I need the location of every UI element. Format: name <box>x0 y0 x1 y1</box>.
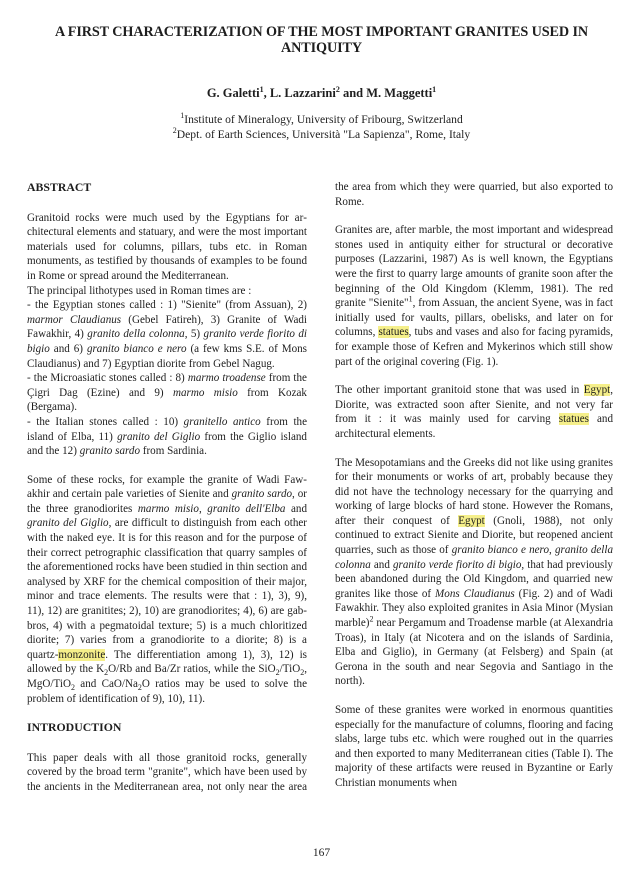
italic-term: granito dell'Elba <box>207 503 285 515</box>
paper-title: A FIRST CHARACTERIZATION OF THE MOST IMP… <box>20 24 623 56</box>
affiliation-text: Institute of Mineralogy, University of F… <box>184 113 463 126</box>
separator: and <box>340 86 366 100</box>
introduction-paragraph: The other important granitoid stone that… <box>335 383 613 441</box>
affiliation-line: 2Dept. of Earth Sciences, Università "La… <box>0 127 643 142</box>
italic-term: marmo misio <box>138 503 199 515</box>
author-line: G. Galetti1, L. Lazzarini2 and M. Magget… <box>0 86 643 101</box>
affiliation-line: 1Institute of Mineralogy, University of … <box>0 112 643 127</box>
highlighted-term[interactable]: monzonite <box>58 649 105 661</box>
text: O/Rb and Ba/Zr ratios, while the SiO <box>108 663 276 675</box>
text: and <box>285 503 307 515</box>
italic-term: granito del Giglio <box>117 431 200 443</box>
text: , are difficult to distin­guish from eac… <box>27 517 307 660</box>
italic-term: granito sardo <box>232 488 292 500</box>
highlighted-term[interactable]: Egypt <box>458 515 485 527</box>
text: The other important granitoid stone that… <box>335 384 584 396</box>
introduction-paragraph: The Mesopotamians and the Greeks did not… <box>335 456 613 690</box>
highlighted-term[interactable]: statues <box>559 413 589 425</box>
italic-term: granito della colonna <box>87 328 184 340</box>
affiliation-text: Dept. of Earth Sciences, Università "La … <box>177 128 470 141</box>
text: Granitoid rocks were much used by the Eg… <box>27 212 307 282</box>
italic-term: granito del Giglio <box>27 517 109 529</box>
text: - the Microasiatic stones called : 8) <box>27 372 188 384</box>
highlighted-term[interactable]: statues <box>378 326 408 338</box>
italic-term: marmo misio <box>173 387 238 399</box>
introduction-heading: INTRODUCTION <box>27 720 307 735</box>
right-column: the area from which they were quarried, … <box>335 180 613 805</box>
text: near Pergamum and Troadense marble (at A… <box>335 617 613 687</box>
text: , 5) <box>185 328 204 340</box>
italic-term: marmo troadense <box>188 372 266 384</box>
italic-term: granito verde fiorito di bigio <box>393 559 521 571</box>
text: and 6) <box>50 343 87 355</box>
italic-term: Mons Claudianus <box>435 588 515 600</box>
italic-term: granito bianco e nero <box>87 343 187 355</box>
affiliations: 1Institute of Mineralogy, University of … <box>0 112 643 142</box>
italic-term: granitello antico <box>184 416 261 428</box>
abstract-heading: ABSTRACT <box>27 180 307 195</box>
introduction-paragraph: Some of these granites were worked in en… <box>335 703 613 791</box>
text: and CaO/Na <box>75 678 138 690</box>
text: and <box>371 559 393 571</box>
author-name: M. Maggetti <box>366 86 432 100</box>
abstract-paragraph: Granitoid rocks were much used by the Eg… <box>27 211 307 459</box>
text: from Sardinia. <box>140 445 207 457</box>
page-number: 167 <box>0 847 643 859</box>
introduction-paragraph-continued: the area from which they were quarried, … <box>335 180 613 209</box>
italic-term: marmor Claudianus <box>27 314 121 326</box>
left-column: ABSTRACT Granitoid rocks were much used … <box>27 180 307 809</box>
text: The principal lithotypes used in Roman t… <box>27 285 251 297</box>
highlighted-term[interactable]: Egypt <box>584 384 611 396</box>
introduction-paragraph: Granites are, after marble, the most imp… <box>335 223 613 369</box>
text: - the Italian stones called : 10) <box>27 416 184 428</box>
text: This paper deals with all those granitoi… <box>27 752 307 795</box>
author-name: L. Lazzarini <box>270 86 336 100</box>
introduction-paragraph: This paper deals with all those granitoi… <box>27 751 307 795</box>
text: Some of these granites were worked in en… <box>335 704 613 789</box>
italic-term: granito bianco e nero <box>452 544 549 556</box>
affiliation-mark: 1 <box>432 85 436 94</box>
italic-term: granito sardo <box>80 445 140 457</box>
abstract-paragraph: Some of these rocks, for example the gra… <box>27 473 307 707</box>
text: - the Egyptian stones called : 1) "Sieni… <box>27 299 307 311</box>
text: /TiO <box>280 663 301 675</box>
author-name: G. Galetti <box>207 86 260 100</box>
